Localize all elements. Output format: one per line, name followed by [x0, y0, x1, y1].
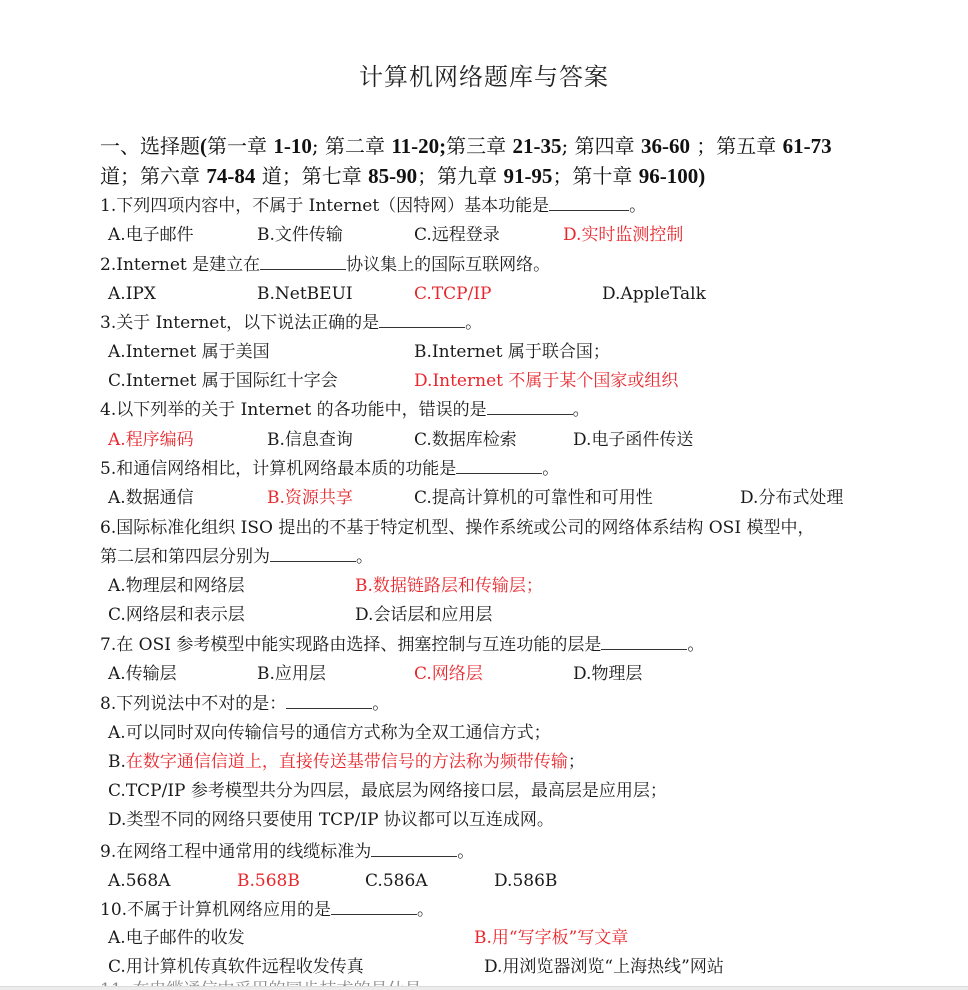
heading-part: 1-10 — [273, 134, 312, 158]
question-10-option-c: C.用计算机传真软件远程收发传真 — [108, 955, 364, 979]
question-text: 下列说法中不对的是： — [116, 694, 286, 714]
heading-part: 91-95 — [503, 164, 552, 188]
answer-blank — [601, 633, 687, 650]
question-6-option-a: A.物理层和网络层 — [108, 574, 245, 598]
answer-blank — [379, 311, 465, 328]
question-8-option-d: D.类型不同的网络只要使用 TCP/IP 协议都可以互连成网。 — [108, 808, 554, 832]
question-8-option-c: C.TCP/IP 参考模型共分为四层，最底层为网络接口层，最高层是应用层； — [108, 779, 667, 803]
question-8-stem: 8.下列说法中不对的是：。 — [100, 692, 389, 716]
question-4-option-c: C.数据库检索 — [414, 428, 517, 452]
answer-blank — [286, 692, 372, 709]
question-7-option-a: A.传输层 — [108, 662, 177, 686]
question-5-stem: 5.和通信网络相比，计算机网络最本质的功能是。 — [100, 457, 559, 481]
question-text: 。 — [457, 842, 474, 862]
heading-part: ；第九章 — [417, 164, 503, 188]
question-text: 。 — [356, 547, 373, 567]
question-8-option-b-correct: B.在数字通信信道上，直接传送基带信号的方法称为频带传输； — [108, 750, 585, 774]
question-number: 10. — [100, 900, 127, 920]
question-7-option-d: D.物理层 — [573, 662, 642, 686]
question-text: 。 — [465, 313, 482, 333]
question-4-option-d: D.电子函件传送 — [573, 428, 693, 452]
heading-part: 第三章 — [446, 134, 512, 158]
question-number: 7. — [100, 635, 116, 655]
question-5-option-a: A.数据通信 — [108, 486, 194, 510]
answer-blank — [549, 194, 629, 211]
question-text: 。 — [372, 694, 389, 714]
question-text: 在 OSI 参考模型中能实现路由选择、拥塞控制与互连功能的层是 — [116, 635, 601, 655]
answer-blank — [331, 898, 417, 915]
question-number: 2. — [100, 255, 116, 275]
heading-part: 道；第七章 — [255, 164, 368, 188]
question-text: 。 — [542, 459, 559, 479]
question-number: 4. — [100, 400, 116, 420]
question-4-option-a-correct: A.程序编码 — [108, 428, 194, 452]
question-1-option-d-correct: D.实时监测控制 — [563, 223, 683, 247]
question-2-option-a: A.IPX — [108, 282, 156, 306]
question-2-option-d: D.AppleTalk — [602, 282, 706, 306]
question-text: 。 — [573, 400, 590, 420]
question-1-option-a: A.电子邮件 — [108, 223, 194, 247]
heading-part: 61-73 — [783, 134, 832, 158]
question-9-option-b-correct: B.568B — [237, 869, 300, 893]
question-10-option-a: A.电子邮件的收发 — [108, 926, 245, 950]
question-text: 下列四项内容中，不属于 Internet（因特网）基本功能是 — [116, 196, 549, 216]
heading-part: 道；第六章 — [100, 164, 206, 188]
heading-part: 第一章 — [207, 134, 273, 158]
question-text: 国际标准化组织 ISO 提出的不基于特定机型、操作系统或公司的网络体系结构 OS… — [116, 518, 814, 538]
answer-blank — [270, 545, 356, 562]
question-text: 以下列举的关于 Internet 的各功能中，错误的是 — [116, 400, 486, 420]
question-6-stem: 6.国际标准化组织 ISO 提出的不基于特定机型、操作系统或公司的网络体系结构 … — [100, 516, 814, 540]
question-text: 协议集上的国际互联网络。 — [346, 255, 550, 275]
question-9-option-a: A.568A — [108, 869, 170, 893]
question-10-option-d: D.用浏览器浏览“上海热线”网站 — [484, 955, 724, 979]
question-number: 8. — [100, 694, 116, 714]
question-7-option-c-correct: C.网络层 — [414, 662, 483, 686]
question-text: 在网络工程中通常用的线缆标准为 — [116, 842, 371, 862]
heading-part: 21-35 — [513, 134, 562, 158]
answer-blank — [260, 253, 346, 270]
heading-part: 36-60 — [641, 134, 690, 158]
question-number: 3. — [100, 313, 116, 333]
question-text: 。 — [629, 196, 646, 216]
heading-part: 85-90 — [368, 164, 417, 188]
question-text: 。 — [687, 635, 704, 655]
cut-off-next-question: 11. 在电缆通信中采用的同步技术的是什是 — [100, 978, 421, 986]
question-9-stem: 9.在网络工程中通常用的线缆标准为。 — [100, 840, 474, 864]
question-3-option-a: A.Internet 属于美国 — [108, 340, 270, 364]
heading-part: ; 第二章 — [312, 134, 391, 158]
question-10-option-b-correct: B.用“写字板”写文章 — [474, 926, 628, 950]
question-number: 5. — [100, 459, 116, 479]
section-heading: 一、选择题(第一章 1-10; 第二章 11-20;第三章 21-35; 第四章… — [100, 131, 920, 191]
question-number: 9. — [100, 842, 116, 862]
question-10-stem: 10.不属于计算机网络应用的是。 — [100, 898, 434, 922]
question-5-option-c: C.提高计算机的可靠性和可用性 — [414, 486, 653, 510]
question-3-option-c: C.Internet 属于国际红十字会 — [108, 369, 338, 393]
question-2-option-c-correct: C.TCP/IP — [414, 282, 491, 306]
heading-part: 74-84 — [206, 164, 255, 188]
heading-part: 11-20; — [391, 134, 446, 158]
question-2-stem: 2.Internet 是建立在协议集上的国际互联网络。 — [100, 253, 550, 277]
question-7-option-b: B.应用层 — [257, 662, 326, 686]
question-text: 关于 Internet，以下说法正确的是 — [116, 313, 379, 333]
section-heading-line-1: 一、选择题(第一章 1-10; 第二章 11-20;第三章 21-35; 第四章… — [100, 131, 920, 161]
question-3-option-b: B.Internet 属于联合国； — [414, 340, 610, 364]
question-6-option-b-correct: B.数据链路层和传输层； — [355, 574, 543, 598]
question-6-option-d: D.会话层和应用层 — [355, 603, 492, 627]
question-text: 不属于计算机网络应用的是 — [127, 900, 331, 920]
question-9-option-d: D.586B — [494, 869, 557, 893]
question-1-stem: 1.下列四项内容中，不属于 Internet（因特网）基本功能是。 — [100, 194, 646, 218]
question-number: 1. — [100, 196, 116, 216]
question-4-option-b: B.信息查询 — [267, 428, 353, 452]
heading-part: 96-100) — [639, 164, 706, 188]
question-2-option-b: B.NetBEUI — [257, 282, 353, 306]
answer-blank — [456, 457, 542, 474]
heading-part: 一、选择题 — [100, 134, 200, 158]
question-6-option-c: C.网络层和表示层 — [108, 603, 245, 627]
question-1-option-c: C.远程登录 — [414, 223, 500, 247]
heading-part: ; 第四章 — [562, 134, 641, 158]
section-heading-line-2: 道；第六章 74-84 道；第七章 85-90；第九章 91-95；第十章 96… — [100, 161, 920, 191]
question-text: 。 — [417, 900, 434, 920]
heading-part: ；第五章 — [690, 134, 783, 158]
question-5-option-b-correct: B.资源共享 — [267, 486, 353, 510]
question-1-option-b: B.文件传输 — [257, 223, 343, 247]
answer-blank — [371, 840, 457, 857]
question-9-option-c: C.586A — [365, 869, 428, 893]
question-4-stem: 4.以下列举的关于 Internet 的各功能中，错误的是。 — [100, 398, 590, 422]
page-bottom-edge — [0, 986, 968, 990]
answer-blank — [487, 398, 573, 415]
document-page: 计算机网络题库与答案 一、选择题(第一章 1-10; 第二章 11-20;第三章… — [0, 0, 968, 990]
question-5-option-d: D.分布式处理 — [740, 486, 843, 510]
question-text: 和通信网络相比，计算机网络最本质的功能是 — [116, 459, 456, 479]
question-8-option-a: A.可以同时双向传输信号的通信方式称为全双工通信方式； — [108, 721, 551, 745]
question-6-stem-line-2: 第二层和第四层分别为。 — [100, 545, 373, 569]
question-7-stem: 7.在 OSI 参考模型中能实现路由选择、拥塞控制与互连功能的层是。 — [100, 633, 704, 657]
heading-part: ；第十章 — [552, 164, 638, 188]
question-3-option-d-correct: D.Internet 不属于某个国家或组织 — [414, 369, 678, 393]
question-text: Internet 是建立在 — [116, 255, 260, 275]
heading-part: ( — [200, 134, 207, 158]
question-3-stem: 3.关于 Internet，以下说法正确的是。 — [100, 311, 482, 335]
document-title: 计算机网络题库与答案 — [0, 57, 968, 92]
question-number: 6. — [100, 518, 116, 538]
question-text: 第二层和第四层分别为 — [100, 547, 270, 567]
